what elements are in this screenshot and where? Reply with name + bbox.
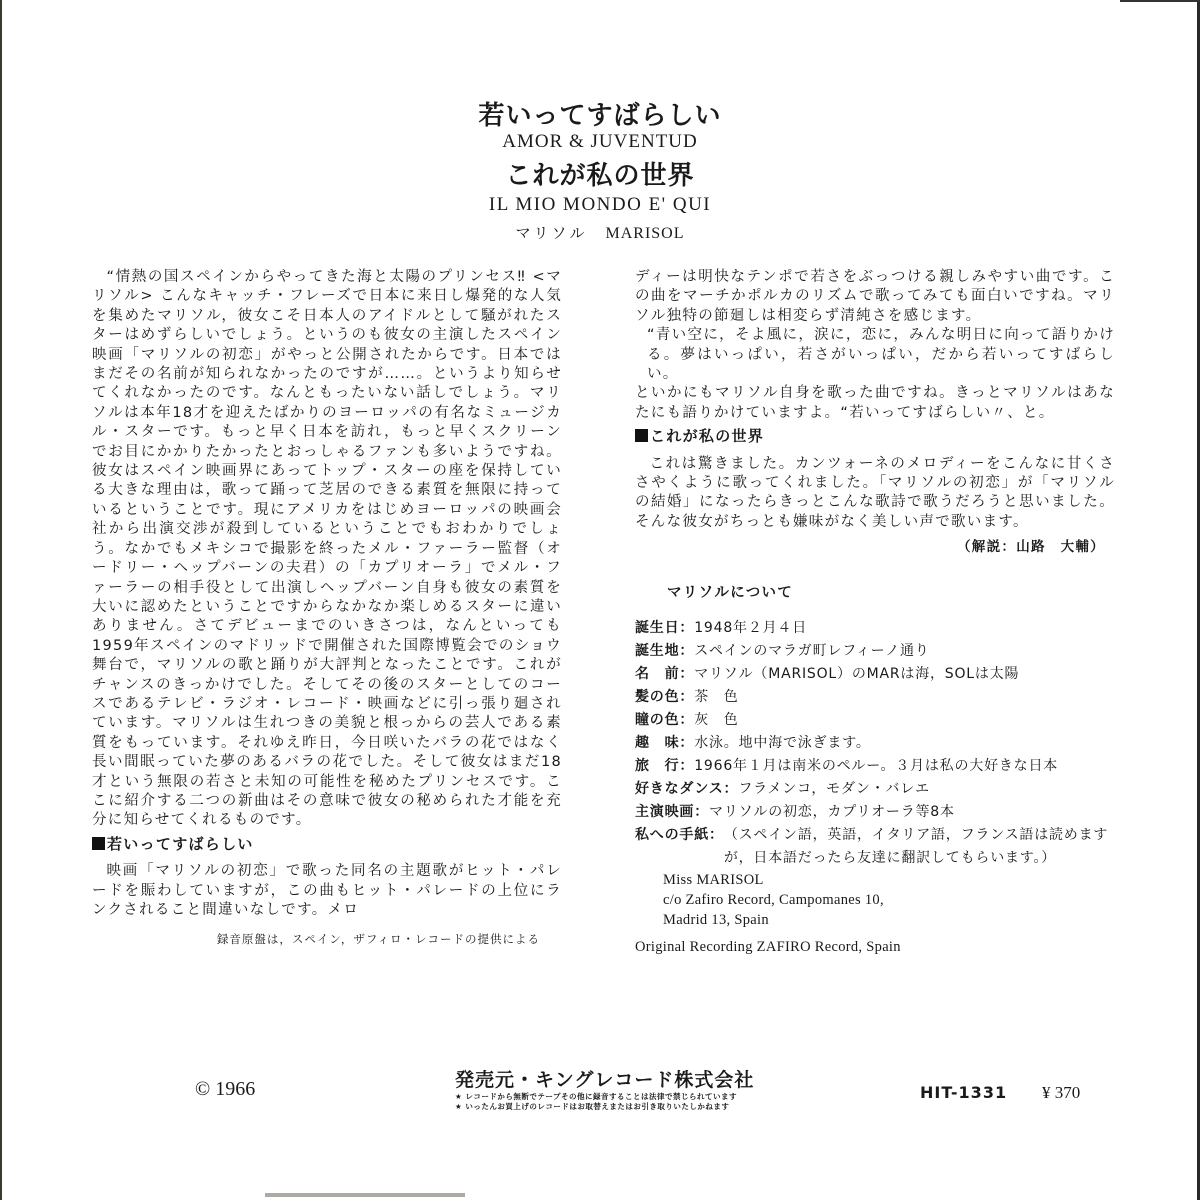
liner-notes-left-column: “情熱の国スペインからやってきた海と太陽のプリンセス‼ <マリソル> こんなキャ… xyxy=(92,268,562,950)
title-block: 若いってすばらしい AMOR & JUVENTUD これが私の世界 IL MIO… xyxy=(0,100,1200,245)
section-heading-song1: 若いってすばらしい xyxy=(92,835,562,854)
artist-name-jp: マリソル xyxy=(515,224,587,242)
sleeve-bottom-strip xyxy=(265,1193,465,1197)
profile-row: 誕生日：1948年２月４日 xyxy=(635,617,1115,640)
source-recording-note: 録音原盤は，スペイン，ザフィロ・レコードの提供による xyxy=(92,930,562,949)
fan-mail-address: Miss MARISOL c/o Zafiro Record, Campoman… xyxy=(663,870,1115,930)
artist-name-en: MARISOL xyxy=(606,225,685,242)
legal-note: ★ いったんお買上げのレコードはお取替えまたはお引き取りいたしかねます xyxy=(455,1102,795,1112)
about-marisol-title: マリソルについて xyxy=(667,584,1115,603)
song2-description: これは驚きました。カンツォーネのメロディーをこんなに甘くささやくように歌ってくれ… xyxy=(635,455,1115,533)
profile-row: 主演映画：マリソルの初恋，カプリオーラ等8本 xyxy=(635,801,1115,824)
profile-row: 私への手紙：（スペイン語，英語，イタリア語，フランス語は読めますが，日本語だった… xyxy=(635,824,1115,870)
song1-title-jp: 若いってすばらしい xyxy=(0,100,1200,132)
profile-row: 髪の色：茶 色 xyxy=(635,686,1115,709)
sleeve-top-edge xyxy=(1120,0,1200,2)
commentator-credit: （解説：山路 大輔） xyxy=(635,538,1115,557)
profile-row: 瞳の色：灰 色 xyxy=(635,709,1115,732)
legal-note: ★ レコードから無断でテープその他に録音することは法律で禁じられています xyxy=(455,1092,795,1102)
profile-list: 誕生日：1948年２月４日 誕生地：スペインのマラガ町レフィーノ通り 名 前：マ… xyxy=(635,617,1115,870)
black-square-icon xyxy=(92,837,105,850)
profile-row: 好きなダンス：フラメンコ，モダン・バレエ xyxy=(635,778,1115,801)
original-recording-credit: Original Recording ZAFIRO Record, Spain xyxy=(635,938,1115,957)
song1-title-en: AMOR & JUVENTUD xyxy=(0,132,1200,152)
profile-row: 誕生地：スペインのマラガ町レフィーノ通り xyxy=(635,640,1115,663)
song1-closing: といかにもマリソル自身を歌った曲ですね。きっとマリソルはあなたにも語りかけていま… xyxy=(635,384,1115,423)
liner-notes-right-column: ディーは明快なテンポで若さをぶっつける親しみやすい曲です。この曲をマーチかポルカ… xyxy=(635,268,1115,958)
publisher-block: 発売元・キングレコード株式会社 ★ レコードから無断でテープその他に録音すること… xyxy=(455,1065,795,1112)
price: ¥ 370 xyxy=(1042,1083,1080,1103)
profile-row: 趣 味：水泳。地中海で泳ぎます。 xyxy=(635,732,1115,755)
song2-title-en: IL MIO MONDO E' QUI xyxy=(0,194,1200,216)
catalog-number: HIT-1331 xyxy=(920,1083,1007,1102)
section-heading-song2: これが私の世界 xyxy=(635,427,1115,446)
intro-paragraph: “情熱の国スペインからやってきた海と太陽のプリンセス‼ <マリソル> こんなキャ… xyxy=(92,268,562,831)
song1-description-cont: ディーは明快なテンポで若さをぶっつける親しみやすい曲です。この曲をマーチかポルカ… xyxy=(635,268,1115,326)
publisher-name: 発売元・キングレコード株式会社 xyxy=(455,1065,795,1092)
song2-title-jp: これが私の世界 xyxy=(0,158,1200,194)
copyright-year: © 1966 xyxy=(195,1078,255,1101)
profile-row: 旅 行：1966年１月は南米のペルー。３月は私の大好きな日本 xyxy=(635,755,1115,778)
artist-name: マリソルMARISOL xyxy=(0,222,1200,245)
black-square-icon xyxy=(635,429,648,442)
song1-description: 映画「マリソルの初恋」で歌った同名の主題歌がヒット・パレードを賑わしていますが，… xyxy=(92,862,562,920)
song1-lyric-quote: “青い空に，そよ風に，涙に，恋に，みんな明日に向って語りかける。夢はいっぱい，若… xyxy=(647,326,1115,384)
profile-row: 名 前：マリソル（MARISOL）のMARは海，SOLは太陽 xyxy=(635,663,1115,686)
